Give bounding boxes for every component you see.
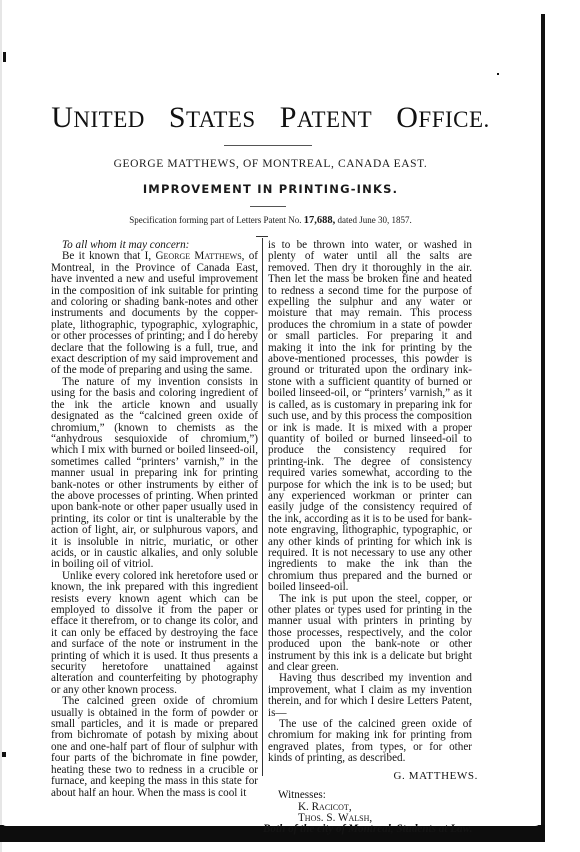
- office-title: UNITED STATES PATENT OFFICE.: [0, 101, 541, 135]
- inventor-line: GEORGE MATTHEWS, OF MONTREAL, CANADA EAS…: [0, 158, 541, 170]
- paragraph-nature: The nature of my invention consists in u…: [51, 377, 258, 571]
- spec-suffix: dated June 30, 1857.: [337, 215, 411, 225]
- paragraph-application: The ink is put upon the steel, copper, o…: [268, 594, 472, 674]
- signature: G. MATTHEWS.: [268, 771, 478, 782]
- specification-line: Specification forming part of Letters Pa…: [0, 215, 541, 226]
- subtitle-rule: [250, 206, 286, 207]
- witness-note: Both of the city of Montreal, Students a…: [263, 824, 472, 835]
- patent-number: 17,688,: [304, 215, 336, 226]
- invention-title: IMPROVEMENT IN PRINTING-INKS.: [0, 182, 541, 196]
- scan-speck: [497, 73, 499, 75]
- title-word: PATENT: [280, 101, 373, 134]
- intro-paragraph: Be it known that I, George Matthews, of …: [51, 251, 258, 376]
- witnesses-label: Witnesses:: [268, 790, 472, 801]
- title-word: OFFICE.: [396, 101, 490, 134]
- paragraph-claim-intro: Having thus described my invention and i…: [268, 673, 472, 719]
- claim: The use of the calcined green oxide of c…: [268, 719, 472, 765]
- scan-speck: [2, 752, 6, 757]
- paragraph-preparation: The calcined green oxide of chromium usu…: [51, 696, 258, 799]
- paragraph-unlike: Unlike every colored ink heretofore used…: [51, 571, 258, 696]
- title-rule: [224, 145, 312, 146]
- paragraph-preparation-continued: is to be thrown into water, or washed in…: [268, 240, 472, 594]
- spec-prefix: Specification forming part of Letters Pa…: [129, 215, 301, 225]
- right-column: is to be thrown into water, or washed in…: [268, 240, 472, 836]
- scan-speck: [3, 52, 6, 62]
- scan-right-border: [541, 14, 545, 834]
- title-word: UNITED: [51, 101, 145, 134]
- patent-page: UNITED STATES PATENT OFFICE. GEORGE MATT…: [0, 0, 580, 852]
- inventor-name: George Matthews: [155, 250, 241, 262]
- column-divider: [262, 238, 263, 776]
- column-head-rule: [256, 236, 268, 237]
- left-column: To all whom it may concern: Be it known …: [51, 240, 258, 799]
- title-word: STATES: [169, 101, 256, 134]
